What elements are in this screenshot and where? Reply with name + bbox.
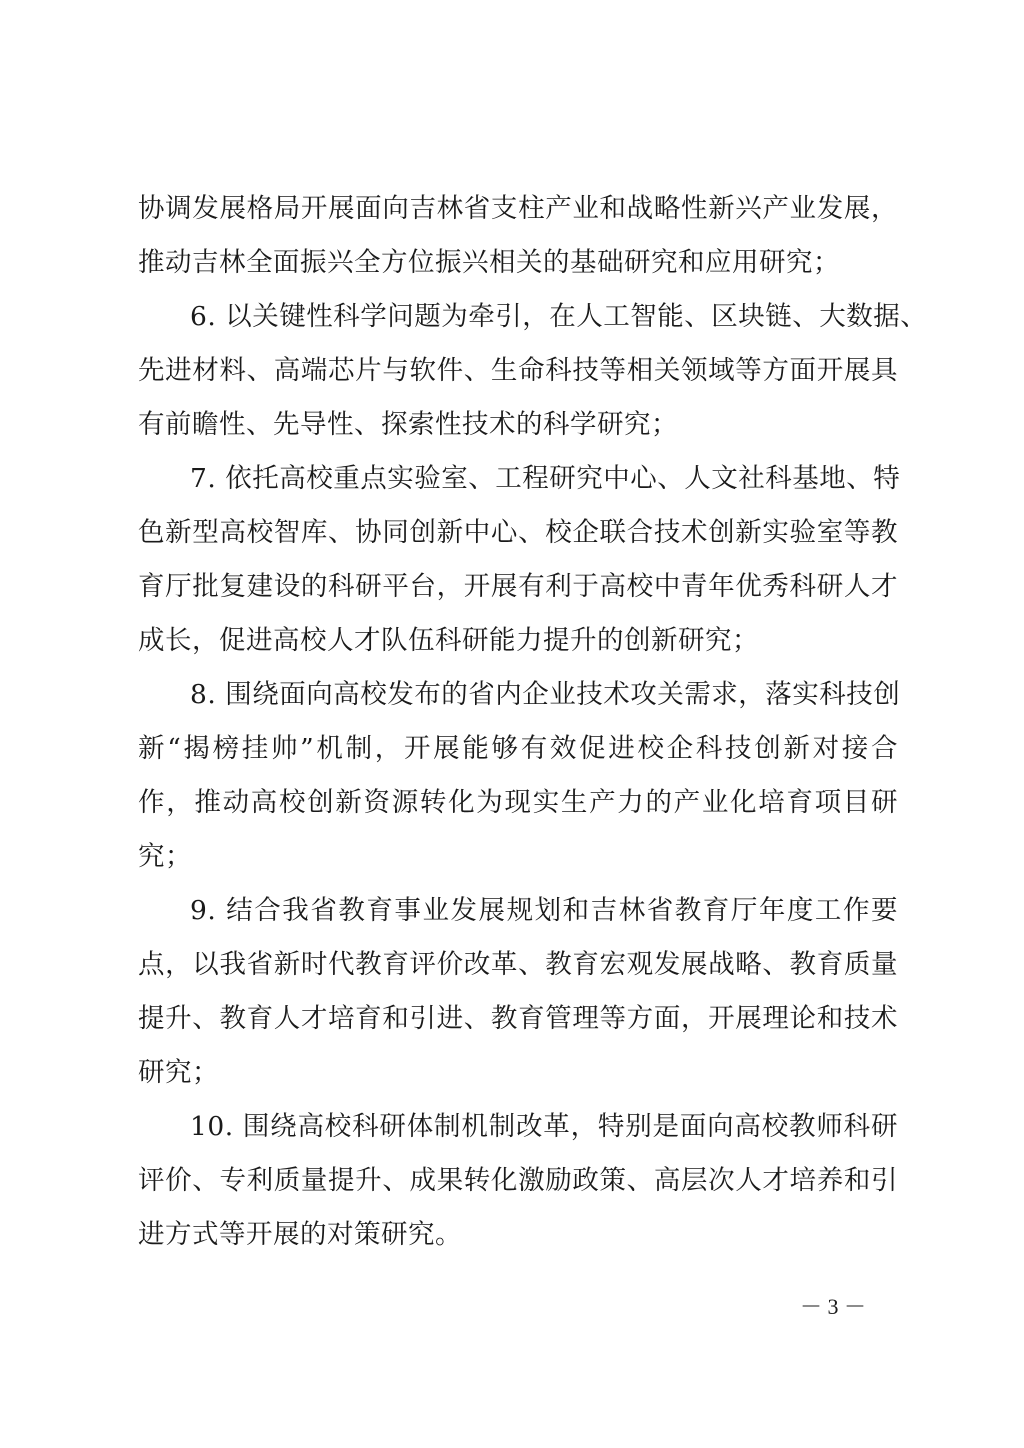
paragraph-line: 协调发展格局开展面向吉林省支柱产业和战略性新兴产业发展， <box>138 192 898 226</box>
list-item-9-line: 提升、教育人才培育和引进、教育管理等方面，开展理论和技术 <box>138 1002 898 1036</box>
list-item-7-line: 成长，促进高校人才队伍科研能力提升的创新研究； <box>138 624 898 658</box>
list-item-8-line: 作，推动高校创新资源转化为现实生产力的产业化培育项目研 <box>138 786 898 820</box>
list-item-9-line: 9. 结合我省教育事业发展规划和吉林省教育厅年度工作要 <box>190 894 898 928</box>
list-item-9-line: 研究； <box>138 1056 898 1090</box>
list-item-6-line: 有前瞻性、先导性、探索性技术的科学研究； <box>138 408 898 442</box>
list-item-6-line: 6. 以关键性科学问题为牵引，在人工智能、区块链、大数据、 <box>190 300 898 334</box>
list-item-7-line: 育厅批复建设的科研平台，开展有利于高校中青年优秀科研人才 <box>138 570 898 604</box>
list-item-8-line: 新“揭榜挂帅”机制，开展能够有效促进校企科技创新对接合 <box>138 732 898 766</box>
list-item-8-line: 8. 围绕面向高校发布的省内企业技术攻关需求，落实科技创 <box>190 678 898 712</box>
list-item-7-line: 7. 依托高校重点实验室、工程研究中心、人文社科基地、特 <box>190 462 898 496</box>
list-item-10-line: 10. 围绕高校科研体制机制改革，特别是面向高校教师科研 <box>190 1110 898 1144</box>
list-item-10-line: 评价、专利质量提升、成果转化激励政策、高层次人才培养和引 <box>138 1164 898 1198</box>
list-item-7-line: 色新型高校智库、协同创新中心、校企联合技术创新实验室等教 <box>138 516 898 550</box>
page-number: － 3 － <box>800 1293 866 1321</box>
list-item-10-line: 进方式等开展的对策研究。 <box>138 1218 898 1252</box>
document-page: 协调发展格局开展面向吉林省支柱产业和战略性新兴产业发展， 推动吉林全面振兴全方位… <box>0 0 1024 1448</box>
paragraph-line: 推动吉林全面振兴全方位振兴相关的基础研究和应用研究； <box>138 246 898 280</box>
list-item-6-line: 先进材料、高端芯片与软件、生命科技等相关领域等方面开展具 <box>138 354 898 388</box>
list-item-9-line: 点，以我省新时代教育评价改革、教育宏观发展战略、教育质量 <box>138 948 898 982</box>
list-item-8-line: 究； <box>138 840 898 874</box>
